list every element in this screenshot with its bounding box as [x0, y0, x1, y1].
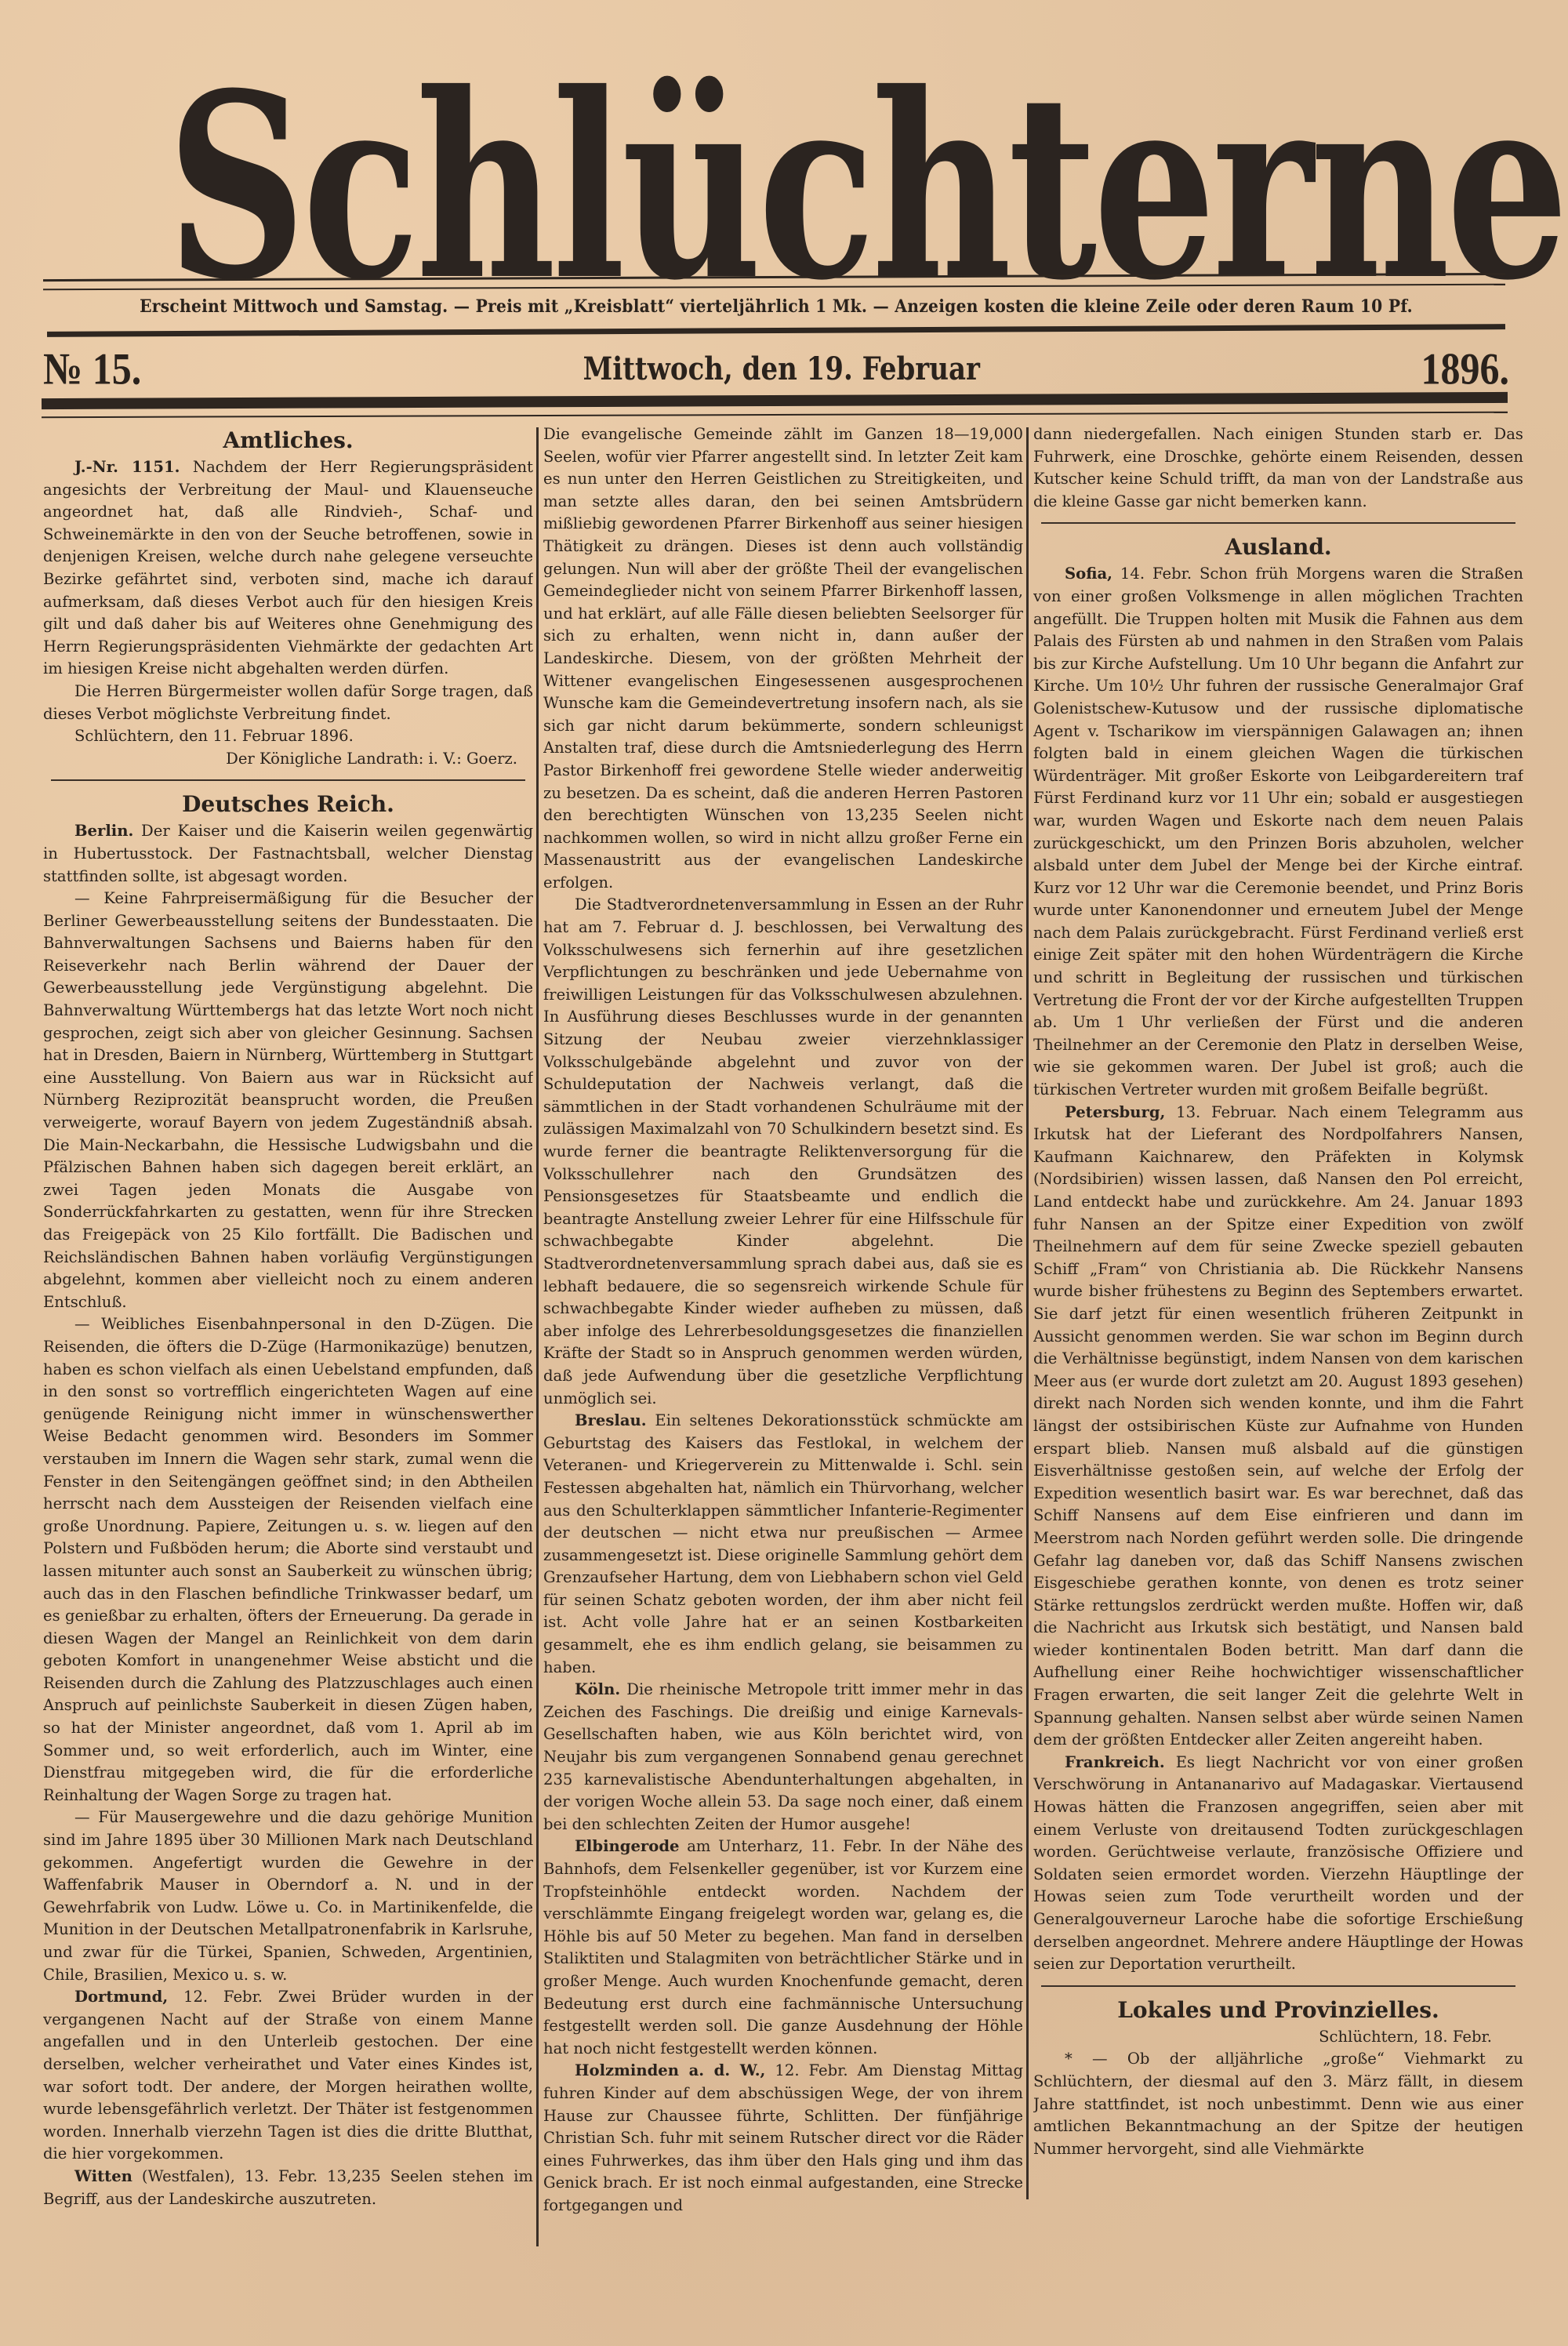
article-paragraph: * — Ob der alljährliche „große“ Viehmark…: [1033, 2048, 1523, 2160]
article-paragraph: Sofia, 14. Febr. Schon früh Morgens ware…: [1033, 563, 1523, 1101]
article-paragraph: Elbingerode am Unterharz, 11. Febr. In d…: [543, 1836, 1023, 2060]
article-paragraph: Petersburg, 13. Februar. Nach einem Tele…: [1033, 1102, 1523, 1752]
issue-date: Mittwoch, den 19. Februar: [583, 350, 979, 387]
issue-rule-thin: [42, 412, 1508, 419]
section-heading-amtliches: Amtliches.: [43, 427, 533, 455]
article-paragraph: Witten (Westfalen), 13. Febr. 13,235 See…: [43, 2166, 533, 2210]
article-paragraph: — Für Mausergewehre und die dazu gehörig…: [43, 1807, 533, 1986]
article-paragraph: Köln. Die rheinische Metropole tritt imm…: [543, 1679, 1023, 1836]
article-paragraph: Frankreich. Es liegt Nachricht vor von e…: [1033, 1752, 1523, 1976]
column-3: dann niedergefallen. Nach einigen Stunde…: [1033, 423, 1523, 2258]
section-heading-ausland: Ausland.: [1033, 533, 1523, 561]
notice-date: Schlüchtern, den 11. Februar 1896.: [43, 725, 533, 748]
column-rule-2: [1026, 427, 1029, 2199]
article-paragraph: J.-Nr. 1151. Nachdem der Herr Regierungs…: [43, 456, 533, 681]
article-paragraph: Breslau. Ein seltenes Dekorationsstück s…: [543, 1410, 1023, 1679]
column-1: Amtliches. J.-Nr. 1151. Nachdem der Herr…: [43, 423, 533, 2258]
notice-signature: Der Königliche Landrath: i. V.: Goerz.: [43, 748, 533, 771]
section-heading-deutsches-reich: Deutsches Reich.: [43, 790, 533, 819]
issue-number: № 15.: [43, 343, 141, 395]
article-paragraph: dann niedergefallen. Nach einigen Stunde…: [1033, 423, 1523, 513]
article-paragraph: Dortmund, 12. Febr. Zwei Brüder wurden i…: [43, 1986, 533, 2166]
column-rule-1: [536, 427, 539, 2246]
publication-info: Erscheint Mittwoch und Samstag. — Preis …: [105, 296, 1446, 317]
section-divider: [51, 779, 525, 781]
article-paragraph: Die evangelische Gemeinde zählt im Ganze…: [543, 423, 1023, 894]
section-heading-lokales: Lokales und Provinzielles.: [1033, 1996, 1523, 2025]
article-paragraph: — Weibliches Eisenbahnpersonal in den D-…: [43, 1313, 533, 1807]
local-dateline: Schlüchtern, 18. Febr.: [1033, 2026, 1523, 2049]
issue-year: 1896.: [1421, 343, 1509, 395]
section-divider: [1041, 522, 1515, 524]
article-paragraph: — Keine Fahrpreisermäßigung für die Besu…: [43, 888, 533, 1313]
issue-line: № 15. Mittwoch, den 19. Februar 1896.: [43, 345, 1509, 392]
column-2: Die evangelische Gemeinde zählt im Ganze…: [543, 423, 1023, 2258]
issue-rule-thick: [42, 392, 1508, 409]
section-divider: [1041, 1985, 1515, 1987]
article-paragraph: Berlin. Der Kaiser und die Kaiserin weil…: [43, 820, 533, 888]
article-paragraph: Holzminden a. d. W., 12. Febr. Am Dienst…: [543, 2060, 1023, 2217]
article-paragraph: Die Stadtverordnetenversammlung in Essen…: [543, 894, 1023, 1410]
article-paragraph: Die Herren Bürgermeister wollen dafür So…: [43, 681, 533, 725]
